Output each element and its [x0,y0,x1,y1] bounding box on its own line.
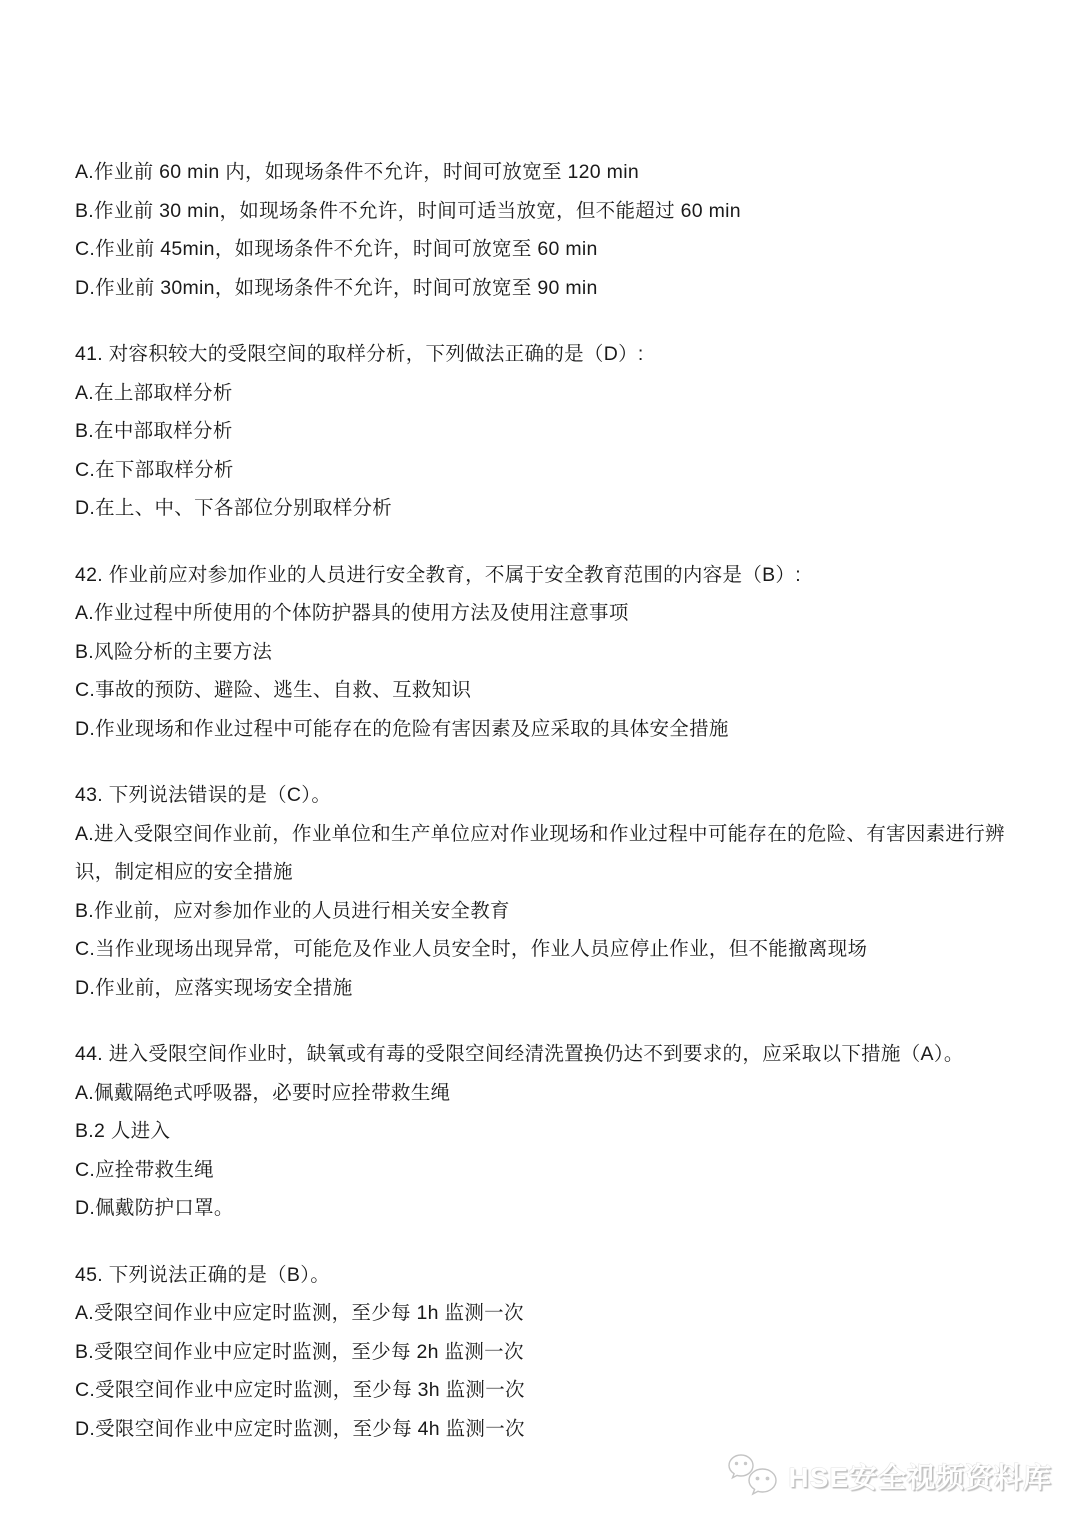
questions-list: A.作业前 60 min 内，如现场条件不允许，时间可放宽至 120 minB.… [75,153,1020,1476]
question-block: 44. 进入受限空间作业时，缺氧或有毒的受限空间经清洗置换仍达不到要求的，应采取… [75,1035,1020,1228]
question-block: A.作业前 60 min 内，如现场条件不允许，时间可放宽至 120 minB.… [75,153,1020,307]
question-stem: 43. 下列说法错误的是（C）。 [75,776,1020,815]
option-line: C.事故的预防、避险、逃生、自救、互救知识 [75,671,1020,710]
question-stem: 44. 进入受限空间作业时，缺氧或有毒的受限空间经清洗置换仍达不到要求的，应采取… [75,1035,1020,1074]
option-line: B.风险分析的主要方法 [75,633,1020,672]
question-stem: 45. 下列说法正确的是（B）。 [75,1256,1020,1295]
option-line: D.在上、中、下各部位分别取样分析 [75,489,1020,528]
question-block: 45. 下列说法正确的是（B）。A.受限空间作业中应定时监测，至少每 1h 监测… [75,1256,1020,1449]
option-line: D.作业现场和作业过程中可能存在的危险有害因素及应采取的具体安全措施 [75,710,1020,749]
option-line: A.进入受限空间作业前，作业单位和生产单位应对作业现场和作业过程中可能存在的危险… [75,815,1020,892]
question-block: 43. 下列说法错误的是（C）。A.进入受限空间作业前，作业单位和生产单位应对作… [75,776,1020,1007]
option-line: C.当作业现场出现异常，可能危及作业人员安全时，作业人员应停止作业，但不能撤离现… [75,930,1020,969]
option-line: A.佩戴隔绝式呼吸器，必要时应拴带救生绳 [75,1074,1020,1113]
option-line: D.作业前，应落实现场安全措施 [75,969,1020,1008]
option-line: C.受限空间作业中应定时监测，至少每 3h 监测一次 [75,1371,1020,1410]
option-line: D.佩戴防护口罩。 [75,1189,1020,1228]
watermark: HSE安全视频资料库 [725,1452,1052,1500]
question-block: 42. 作业前应对参加作业的人员进行安全教育，不属于安全教育范围的内容是（B）:… [75,556,1020,749]
option-line: C.应拴带救生绳 [75,1151,1020,1190]
option-line: B.2 人进入 [75,1112,1020,1151]
option-line: A.作业前 60 min 内，如现场条件不允许，时间可放宽至 120 min [75,153,1020,192]
option-line: A.受限空间作业中应定时监测，至少每 1h 监测一次 [75,1294,1020,1333]
document-page: A.作业前 60 min 内，如现场条件不允许，时间可放宽至 120 minB.… [0,0,1080,1528]
question-stem: 42. 作业前应对参加作业的人员进行安全教育，不属于安全教育范围的内容是（B）: [75,556,1020,595]
option-line: D.受限空间作业中应定时监测，至少每 4h 监测一次 [75,1410,1020,1449]
option-line: B.在中部取样分析 [75,412,1020,451]
option-line: D.作业前 30min，如现场条件不允许，时间可放宽至 90 min [75,269,1020,308]
watermark-label: HSE安全视频资料库 [788,1456,1052,1496]
option-line: C.在下部取样分析 [75,451,1020,490]
option-line: A.在上部取样分析 [75,374,1020,413]
wechat-icon [725,1452,781,1500]
option-line: B.作业前，应对参加作业的人员进行相关安全教育 [75,892,1020,931]
option-line: B.作业前 30 min，如现场条件不允许，时间可适当放宽，但不能超过 60 m… [75,192,1020,231]
option-line: A.作业过程中所使用的个体防护器具的使用方法及使用注意事项 [75,594,1020,633]
question-block: 41. 对容积较大的受限空间的取样分析，下列做法正确的是（D）:A.在上部取样分… [75,335,1020,528]
option-line: C.作业前 45min，如现场条件不允许，时间可放宽至 60 min [75,230,1020,269]
question-stem: 41. 对容积较大的受限空间的取样分析，下列做法正确的是（D）: [75,335,1020,374]
option-line: B.受限空间作业中应定时监测，至少每 2h 监测一次 [75,1333,1020,1372]
